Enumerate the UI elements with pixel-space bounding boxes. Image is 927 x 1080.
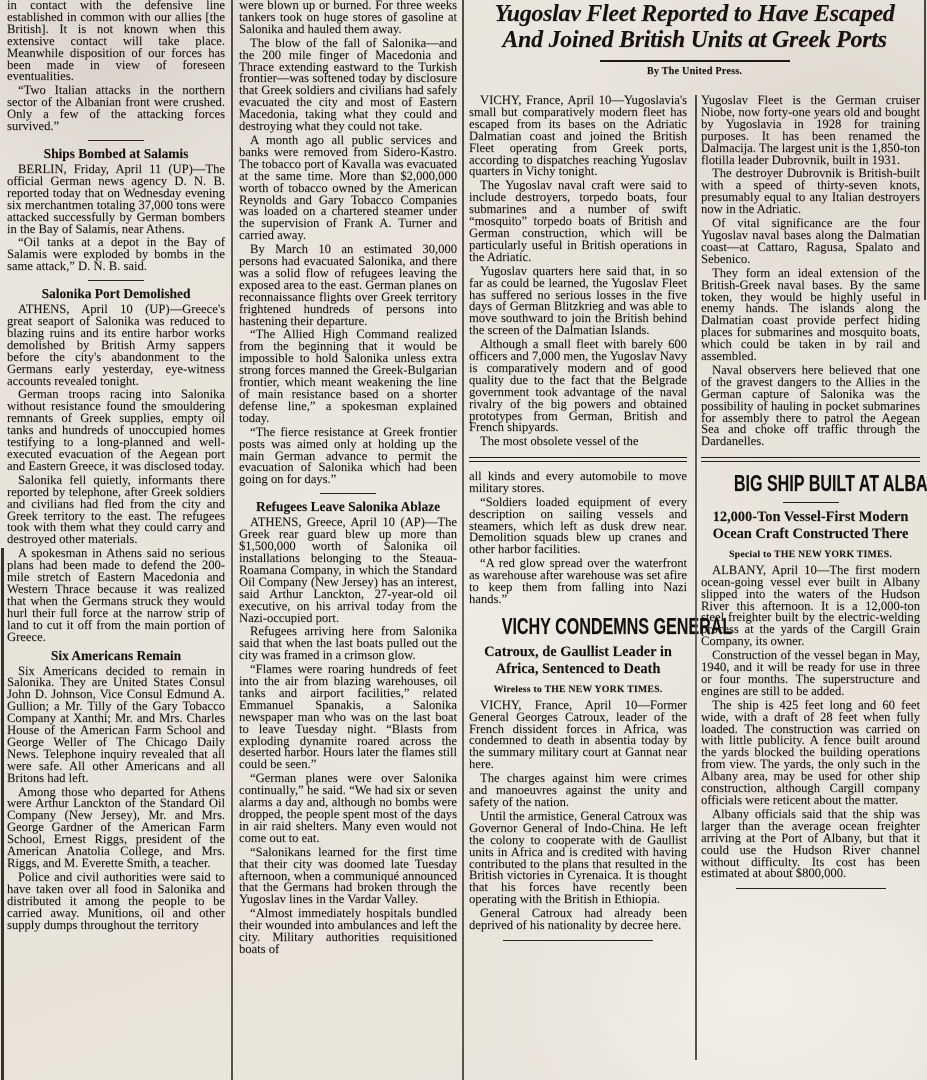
- united-press-byline: By The United Press.: [462, 66, 927, 77]
- article-paragraph: Salonika fell quietly, informants there …: [7, 475, 225, 546]
- article-paragraph: Until the armistice, General Catroux was…: [469, 811, 687, 906]
- article-paragraph: Police and civil authorities were said t…: [7, 872, 225, 932]
- article-paragraph: General Catroux had already been deprive…: [469, 908, 687, 932]
- article-paragraph: “The Allied High Command realized from t…: [239, 329, 457, 424]
- article-paragraph: A spokesman in Athens said no serious pl…: [7, 548, 225, 643]
- article-paragraph: “Salonikans learned for the first time t…: [239, 847, 457, 907]
- article-paragraph: Albany officials said that the ship was …: [701, 809, 920, 880]
- article-paragraph: Of vital significance are the four Yugos…: [701, 218, 920, 266]
- section-subhead: Refugees Leave Salonika Ablaze: [239, 500, 457, 514]
- article-paragraph: “A red glow spread over the waterfront a…: [469, 558, 687, 606]
- article-paragraph: The destroyer Dubrovnik is British-built…: [701, 168, 920, 216]
- article-paragraph: “Two Italian attacks in the northern sec…: [7, 85, 225, 133]
- article-paragraph: Refugees arriving here from Salonika sai…: [239, 626, 457, 662]
- article-paragraph: Naval observers here believed that one o…: [701, 365, 920, 448]
- section-subhead: Ships Bombed at Salamis: [7, 147, 225, 161]
- article-paragraph: Yugoslav quarters here said that, in so …: [469, 266, 687, 337]
- article-paragraph: were blown up or burned. For three weeks…: [239, 0, 457, 36]
- story-divider-double-rule: [469, 457, 687, 462]
- news-column-4: Yugoslav Fleet is the German cruiser Nio…: [701, 95, 920, 895]
- story-headline: BIG SHIP BUILT AT ALBANY: [734, 471, 887, 495]
- news-column-3: VICHY, France, April 10—Yugoslavia's sma…: [469, 95, 687, 947]
- article-paragraph: in contact with the defensive line estab…: [7, 0, 225, 83]
- article-paragraph: BERLIN, Friday, April 11 (UP)—The offici…: [7, 164, 225, 235]
- article-paragraph: ATHENS, April 10 (UP)—Greece's great sea…: [7, 304, 225, 387]
- article-paragraph: “Almost immediately hospitals bundled th…: [239, 908, 457, 956]
- page-edge-artifact-left: [1, 548, 4, 1080]
- article-paragraph: They form an ideal extension of the Brit…: [701, 268, 920, 363]
- article-paragraph: German troops racing into Salonika witho…: [7, 389, 225, 472]
- section-subhead: Six Americans Remain: [7, 649, 225, 663]
- story-end-rule: [736, 888, 886, 889]
- story-subheadline: 12,000-Ton Vessel-First Modern Ocean Cra…: [701, 509, 920, 544]
- article-paragraph: Six Americans decided to remain in Salon…: [7, 666, 225, 785]
- article-paragraph: Although a small fleet with barely 600 o…: [469, 339, 687, 434]
- article-paragraph: The blow of the fall of Salonika—and the…: [239, 38, 457, 133]
- article-paragraph: The Yugoslav naval craft were said to in…: [469, 180, 687, 263]
- separator-rule: [88, 140, 144, 141]
- main-headline-line-1: Yugoslav Fleet Reported to Have Escaped: [462, 1, 927, 27]
- story-end-rule: [503, 940, 653, 941]
- headline-rule: [600, 60, 790, 62]
- story-byline: Wireless to THE NEW YORK TIMES.: [469, 684, 687, 696]
- article-paragraph: Construction of the vessel began in May,…: [701, 650, 920, 698]
- column-divider: [462, 0, 464, 1080]
- article-paragraph: The charges against him were crimes and …: [469, 773, 687, 809]
- separator-rule: [320, 493, 376, 494]
- article-paragraph: all kinds and every automobile to move m…: [469, 471, 687, 495]
- column-divider: [695, 95, 697, 1060]
- story-subheadline: Catroux, de Gaullist Leader in Africa, S…: [469, 644, 687, 679]
- article-paragraph: By March 10 an estimated 30,000 persons …: [239, 244, 457, 327]
- article-paragraph: VICHY, France, April 10—Yugoslavia's sma…: [469, 95, 687, 178]
- article-paragraph: “German planes were over Salonika contin…: [239, 773, 457, 844]
- story-headline: VICHY CONDEMNS GENERAL: [502, 614, 655, 638]
- article-paragraph: VICHY, France, April 10—Former General G…: [469, 700, 687, 771]
- article-paragraph: “The fierce resistance at Greek frontier…: [239, 427, 457, 487]
- separator-rule: [783, 502, 839, 503]
- article-paragraph: “Oil tanks at a depot in the Bay of Sala…: [7, 237, 225, 273]
- page-edge-artifact-right: [924, 0, 926, 300]
- section-subhead: Salonika Port Demolished: [7, 287, 225, 301]
- article-paragraph: “Soldiers loaded equipment of every desc…: [469, 497, 687, 557]
- separator-rule: [88, 280, 144, 281]
- main-headline-block: Yugoslav Fleet Reported to Have Escaped …: [462, 0, 927, 94]
- article-paragraph: ATHENS, Greece, April 10 (AP)—The Greek …: [239, 517, 457, 624]
- article-paragraph: Among those who departed for Athens were…: [7, 787, 225, 870]
- story-divider-double-rule: [701, 457, 920, 462]
- newspaper-page: Yugoslav Fleet Reported to Have Escaped …: [0, 0, 927, 1080]
- story-byline: Special to THE NEW YORK TIMES.: [701, 549, 920, 561]
- article-paragraph: A month ago all public services and bank…: [239, 135, 457, 242]
- main-headline-line-2: And Joined British Units at Greek Ports: [462, 27, 927, 53]
- article-paragraph: “Flames were roaring hundreds of feet in…: [239, 664, 457, 771]
- article-paragraph: The ship is 425 feet long and 60 feet wi…: [701, 700, 920, 807]
- news-column-2: were blown up or burned. For three weeks…: [239, 0, 457, 958]
- news-column-1: in contact with the defensive line estab…: [7, 0, 225, 933]
- column-divider: [231, 0, 233, 1080]
- article-paragraph: ALBANY, April 10—The first modern ocean-…: [701, 565, 920, 648]
- article-paragraph: The most obsolete vessel of the: [469, 436, 687, 448]
- article-paragraph: Yugoslav Fleet is the German cruiser Nio…: [701, 95, 920, 166]
